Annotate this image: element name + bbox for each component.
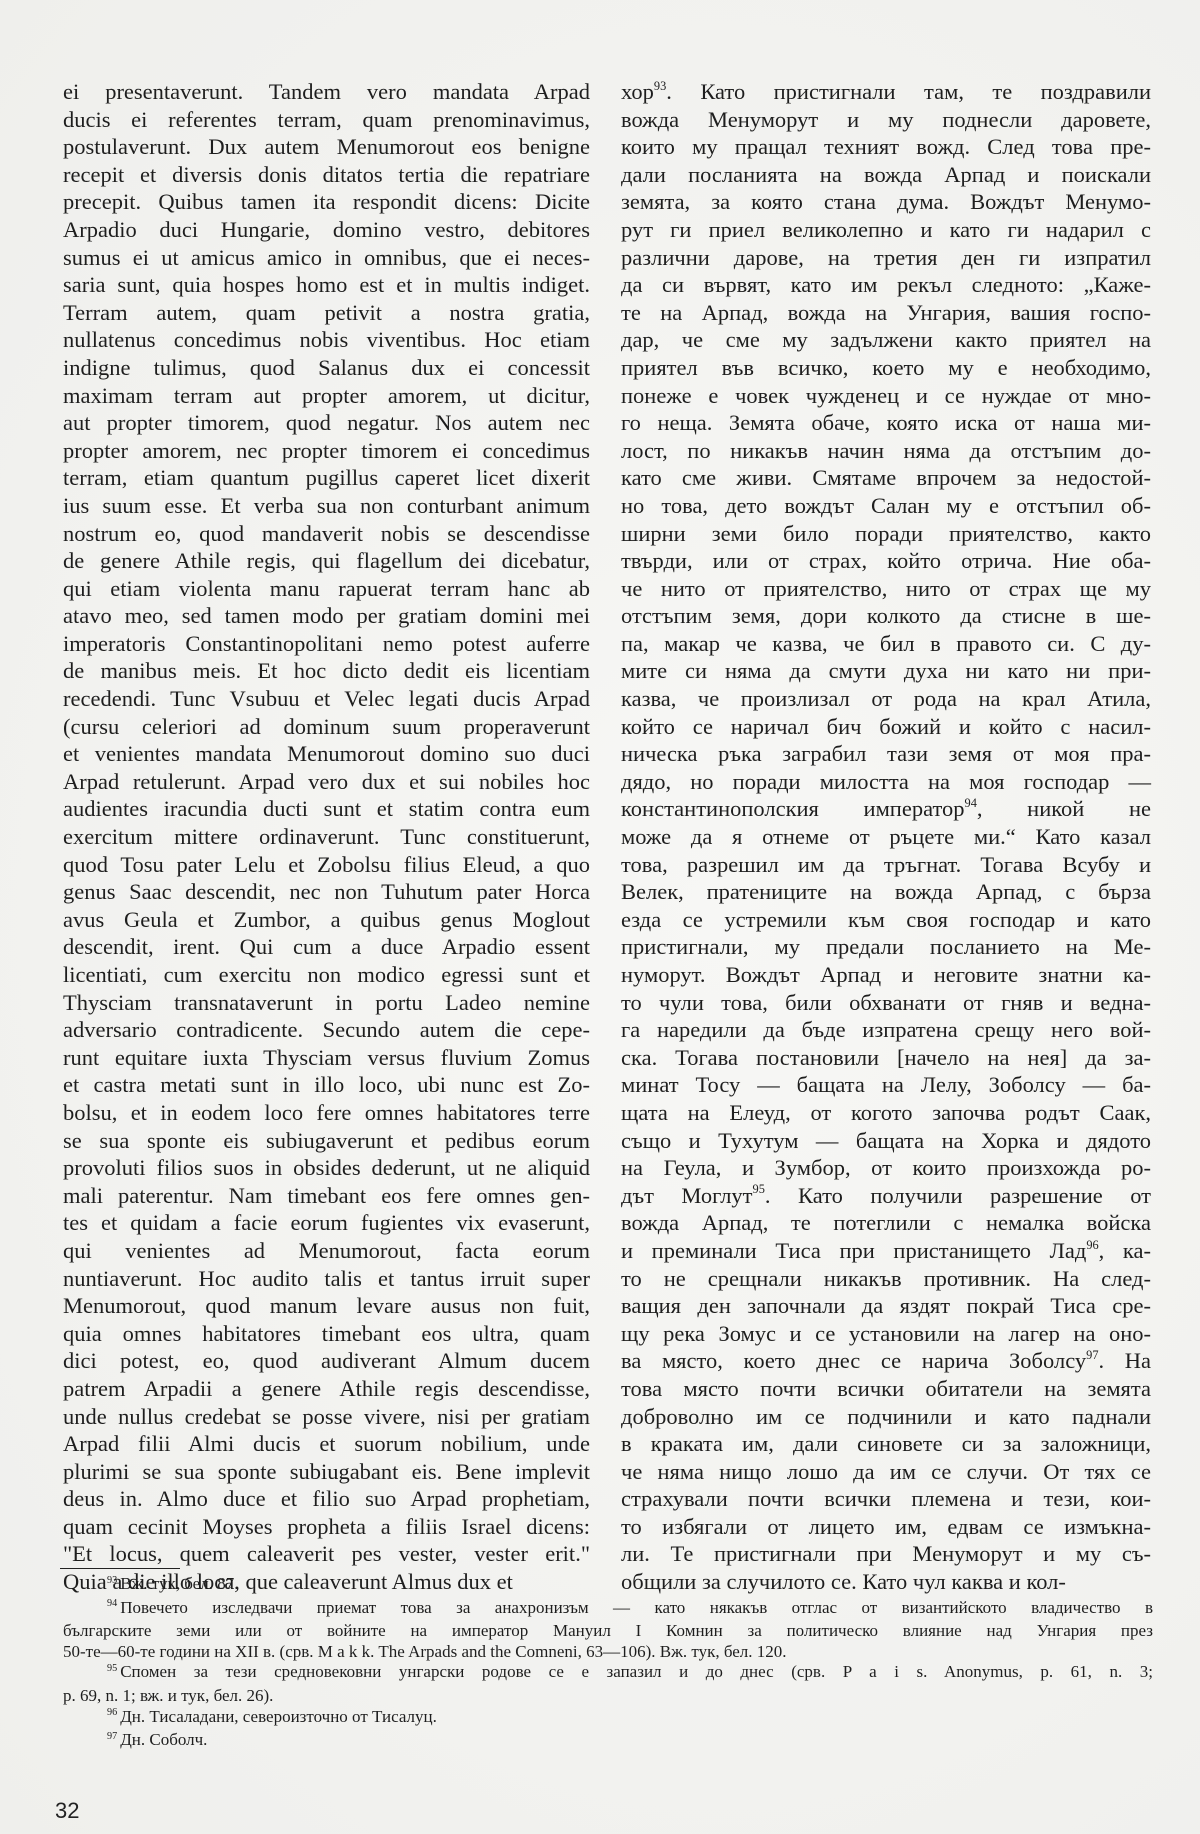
footnote-reference[interactable]: 93 — [654, 79, 666, 93]
book-page: ei presentaverunt. Tandem vero mandata A… — [0, 0, 1200, 1834]
text-line: patrem Arpadii a genere Athile regis des… — [63, 1375, 590, 1403]
text-line: (cursu celeriori ad dominum suum propera… — [63, 713, 590, 741]
text-line: "Et locus, quem caleaverit pes vester, v… — [63, 1540, 590, 1568]
text-line: ва място, което днес се нарича Зоболсу97… — [621, 1347, 1151, 1375]
footnote-97: 97Дн. Соболч. — [63, 1730, 1153, 1754]
text-line: adversario contradicente. Secundo autem … — [63, 1016, 590, 1044]
text-line: de genere Athile regis, qui flagellum de… — [63, 547, 590, 575]
text-line: че нито от приятелство, нито от страх ще… — [621, 575, 1151, 603]
text-line: дът Моглут95. Като получили разрешение о… — [621, 1182, 1151, 1210]
text-line: може да я отнеме от ръцете ми.“ Като каз… — [621, 823, 1151, 851]
text-line: Arpadio duci Hungarie, domino vestro, de… — [63, 216, 590, 244]
text-line: дар, че сме му задължени както приятел н… — [621, 326, 1151, 354]
latin-text-column: ei presentaverunt. Tandem vero mandata A… — [63, 78, 590, 1596]
text-line: но това, дето вождът Салан му е отстъпил… — [621, 492, 1151, 520]
text-line: descendit, irent. Qui cum a duce Arpadio… — [63, 933, 590, 961]
text-line: plurimi se sua sponte subiugabant eis. B… — [63, 1458, 590, 1486]
footnote-95: p. 69, n. 1; вж. и тук, бел. 26). — [63, 1686, 1153, 1707]
footnote-separator — [60, 1568, 180, 1569]
text-line: доброволно им се подчинили и като паднал… — [621, 1403, 1151, 1431]
text-line: audientes iracundia ducti sunt et statim… — [63, 795, 590, 823]
text-line: вожда Менуморут и му поднесли даровете, — [621, 106, 1151, 134]
text-line: indigne tulimus, quod Salanus dux ei con… — [63, 354, 590, 382]
text-line: nostrum eo, quod mandaverit nobis se des… — [63, 520, 590, 548]
text-line: propter amorem, nec propter timorem ei c… — [63, 437, 590, 465]
text-line: това място почти всички обитатели на зем… — [621, 1375, 1151, 1403]
text-line: мите си няма да смути духа ни като ни пр… — [621, 657, 1151, 685]
text-line: exercitum mittere ordinaverunt. Tunc con… — [63, 823, 590, 851]
text-line: Menumorout, quod manum levare ausus non … — [63, 1292, 590, 1320]
footnote-number: 94 — [107, 1598, 117, 1609]
footnote-94: 94Повечето изследвачи приемат това за ан… — [63, 1598, 1153, 1622]
text-line: atavo meo, sed tamen modo per gratiam do… — [63, 602, 590, 630]
text-line: genus Saac descendit, nec non Tuhutum pa… — [63, 878, 590, 906]
text-line: дали посланията на вожда Арпад и поискал… — [621, 161, 1151, 189]
text-line: aut propter timorem, quod negatur. Nos a… — [63, 409, 590, 437]
text-line: nullatenus concedimus nobis viventibus. … — [63, 326, 590, 354]
text-line: runt equitare iuxta Thysciam versus fluv… — [63, 1044, 590, 1072]
text-line: те на Арпад, вожда на Унгария, вашия гос… — [621, 299, 1151, 327]
footnote-number: 96 — [107, 1707, 117, 1718]
text-line: който се наричал бич божий и който с нас… — [621, 713, 1151, 741]
text-line: и преминали Тиса при пристанището Лад96,… — [621, 1237, 1151, 1265]
text-line: константинополския император94, никой не — [621, 795, 1151, 823]
text-line: в краката им, дали синовете си за заложн… — [621, 1430, 1151, 1458]
text-line: ли. Те пристигнали при Менуморут и му съ… — [621, 1540, 1151, 1568]
text-line: quam cecinit Moyses propheta a filiis Is… — [63, 1513, 590, 1541]
footnote-95: 95Спомен за тези средновековни унгарски … — [63, 1662, 1153, 1686]
text-line: щу река Зомус и се установили на лагер н… — [621, 1320, 1151, 1348]
footnotes: 93Вж. тук, бел. 87.94Повечето изследвачи… — [63, 1574, 1153, 1754]
text-line: като сме живи. Смятаме впрочем за недост… — [621, 464, 1151, 492]
text-line: nuntiaverunt. Hoc audito talis et tantus… — [63, 1265, 590, 1293]
text-line: то избягали от лицето им, едвам се измък… — [621, 1513, 1151, 1541]
footnote-reference[interactable]: 96 — [1086, 1238, 1098, 1252]
text-line: et castra metati sunt in illo loco, ubi … — [63, 1071, 590, 1099]
text-line: precepit. Quibus tamen ita respondit dic… — [63, 188, 590, 216]
text-line: ei presentaverunt. Tandem vero mandata A… — [63, 78, 590, 106]
page-number: 32 — [55, 1798, 79, 1824]
text-line: ническа ръка заграбил тази земя от моя п… — [621, 740, 1151, 768]
footnote-reference[interactable]: 95 — [753, 1182, 765, 1196]
text-line: да си вървят, като им рекъл следното: „К… — [621, 271, 1151, 299]
footnote-number: 97 — [107, 1731, 117, 1742]
text-line: deus in. Almo duce et filio suo Arpad pr… — [63, 1485, 590, 1513]
text-line: страхували почти всички племена и тези, … — [621, 1485, 1151, 1513]
footnote-reference[interactable]: 94 — [965, 796, 977, 810]
text-line: че няма нищо лошо да им се случи. От тях… — [621, 1458, 1151, 1486]
text-line: bolsu, et in eodem loco fere omnes habit… — [63, 1099, 590, 1127]
text-line: вожда Арпад, те потеглили с немалка войс… — [621, 1209, 1151, 1237]
text-line: това, разрешил им да тръгнат. Тогава Всу… — [621, 851, 1151, 879]
footnote-reference[interactable]: 97 — [1086, 1348, 1098, 1362]
text-line: понеже е човек чужденец и се нуждае от м… — [621, 382, 1151, 410]
text-line: ширни земи било поради приятелство, какт… — [621, 520, 1151, 548]
text-line: минат Тосу — бащата на Лелу, Зоболсу — б… — [621, 1071, 1151, 1099]
text-line: dici potest, eo, quod audiverant Almum d… — [63, 1347, 590, 1375]
text-line: imperatoris Constantinopolitani nemo pot… — [63, 630, 590, 658]
text-line: казва, че произлизал от рода на крал Ати… — [621, 685, 1151, 713]
footnote-number: 95 — [107, 1663, 117, 1674]
footnote-93: 93Вж. тук, бел. 87. — [63, 1574, 1153, 1598]
bulgarian-translation-column: хор93. Като пристигнали там, те поздрави… — [621, 78, 1151, 1596]
text-line: ващия ден започнали да яздят покрай Тиса… — [621, 1292, 1151, 1320]
text-line: то не срещнали никакъв противник. На сле… — [621, 1265, 1151, 1293]
footnote-94: българските земи или от войните на импер… — [63, 1621, 1153, 1642]
text-line: ducis ei referentes terram, quam prenomi… — [63, 106, 590, 134]
text-line: et venientes mandata Menumorout domino s… — [63, 740, 590, 768]
text-line: го неща. Земята обаче, която иска от наш… — [621, 409, 1151, 437]
text-line: хор93. Като пристигнали там, те поздрави… — [621, 78, 1151, 106]
text-line: Arpad retulerunt. Arpad vero dux et sui … — [63, 768, 590, 796]
text-line: пристигнали, му предали посланието на Ме… — [621, 933, 1151, 961]
text-line: Thysciam transnataverunt in portu Ladeo … — [63, 989, 590, 1017]
text-line: avus Geula et Zumbor, a quibus genus Mog… — [63, 906, 590, 934]
text-line: също и Тухутум — бащата на Хорка и дядот… — [621, 1127, 1151, 1155]
text-line: лост, по никакъв начин няма да отстъпим … — [621, 437, 1151, 465]
text-line: на Геула, и Зумбор, от които произхожда … — [621, 1154, 1151, 1182]
text-line: de manibus meis. Et hoc dicto dedit eis … — [63, 657, 590, 685]
text-line: se sua sponte eis subiugaverunt et pedib… — [63, 1127, 590, 1155]
text-line: които му пращал техният вожд. След това … — [621, 133, 1151, 161]
text-line: postulaverunt. Dux autem Menumorout eos … — [63, 133, 590, 161]
text-line: па, макар че казва, че бил в правото си.… — [621, 630, 1151, 658]
text-line: различни дарове, на третия ден ги изпрат… — [621, 244, 1151, 272]
text-line: рут ги приел великолепно и като ги надар… — [621, 216, 1151, 244]
text-line: provoluti filios suos in obsides dederun… — [63, 1154, 590, 1182]
text-line: qui venientes ad Menumorout, facta eorum — [63, 1237, 590, 1265]
text-line: га наредили да бъде изпратена срещу него… — [621, 1016, 1151, 1044]
footnote-number: 93 — [107, 1575, 117, 1586]
text-line: Arpad filii Almi ducis et suorum nobiliu… — [63, 1430, 590, 1458]
text-line: дядо, но поради милостта на моя господар… — [621, 768, 1151, 796]
text-line: licentiati, cum exercitu non modico egre… — [63, 961, 590, 989]
text-line: приятел във всичко, което му е необходим… — [621, 354, 1151, 382]
text-line: ска. Тогава постановили [начело на нея] … — [621, 1044, 1151, 1072]
text-line: recedendi. Tunc Vsubuu et Velec legati d… — [63, 685, 590, 713]
text-line: Велек, пратениците на вожда Арпад, с бър… — [621, 878, 1151, 906]
text-line: quia omnes habitatores timebant eos ultr… — [63, 1320, 590, 1348]
text-line: твърди, или от страх, който отрича. Ние … — [621, 547, 1151, 575]
text-line: tes et quidam a facie eorum fugientes vi… — [63, 1209, 590, 1237]
text-line: terram, etiam quantum pugillus caperet l… — [63, 464, 590, 492]
text-line: ius suum esse. Et verba sua non conturba… — [63, 492, 590, 520]
text-line: то чули това, били обхванати от гняв и в… — [621, 989, 1151, 1017]
text-line: земята, за която стана дума. Вождът Мену… — [621, 188, 1151, 216]
footnote-96: 96Дн. Тисаладани, североизточно от Тисал… — [63, 1707, 1153, 1731]
text-line: Terram autem, quam petivit a nostra grat… — [63, 299, 590, 327]
text-line: езда се устремили към своя господар и ка… — [621, 906, 1151, 934]
text-line: saria sunt, quia hospes homo est et in m… — [63, 271, 590, 299]
text-line: qui etiam violenta manu rapuerat terram … — [63, 575, 590, 603]
footnote-94: 50-те—60-те години на XII в. (срв. M a k… — [63, 1642, 1153, 1663]
text-line: sumus ei ut amicus amico in omnibus, que… — [63, 244, 590, 272]
text-line: quod Tosu pater Lelu et Zobolsu filius E… — [63, 851, 590, 879]
text-line: maximam terram aut propter amorem, ut di… — [63, 382, 590, 410]
text-line: щата на Елеуд, от когото започва родът С… — [621, 1099, 1151, 1127]
text-line: unde nullus credebat se posse vivere, ni… — [63, 1403, 590, 1431]
text-line: recepit et diversis donis ditatos tertia… — [63, 161, 590, 189]
text-line: отстъпим земя, дори колкото да стисне в … — [621, 602, 1151, 630]
text-line: mali paterentur. Nam timebant eos fere o… — [63, 1182, 590, 1210]
text-line: нуморут. Вождът Арпад и неговите знатни … — [621, 961, 1151, 989]
